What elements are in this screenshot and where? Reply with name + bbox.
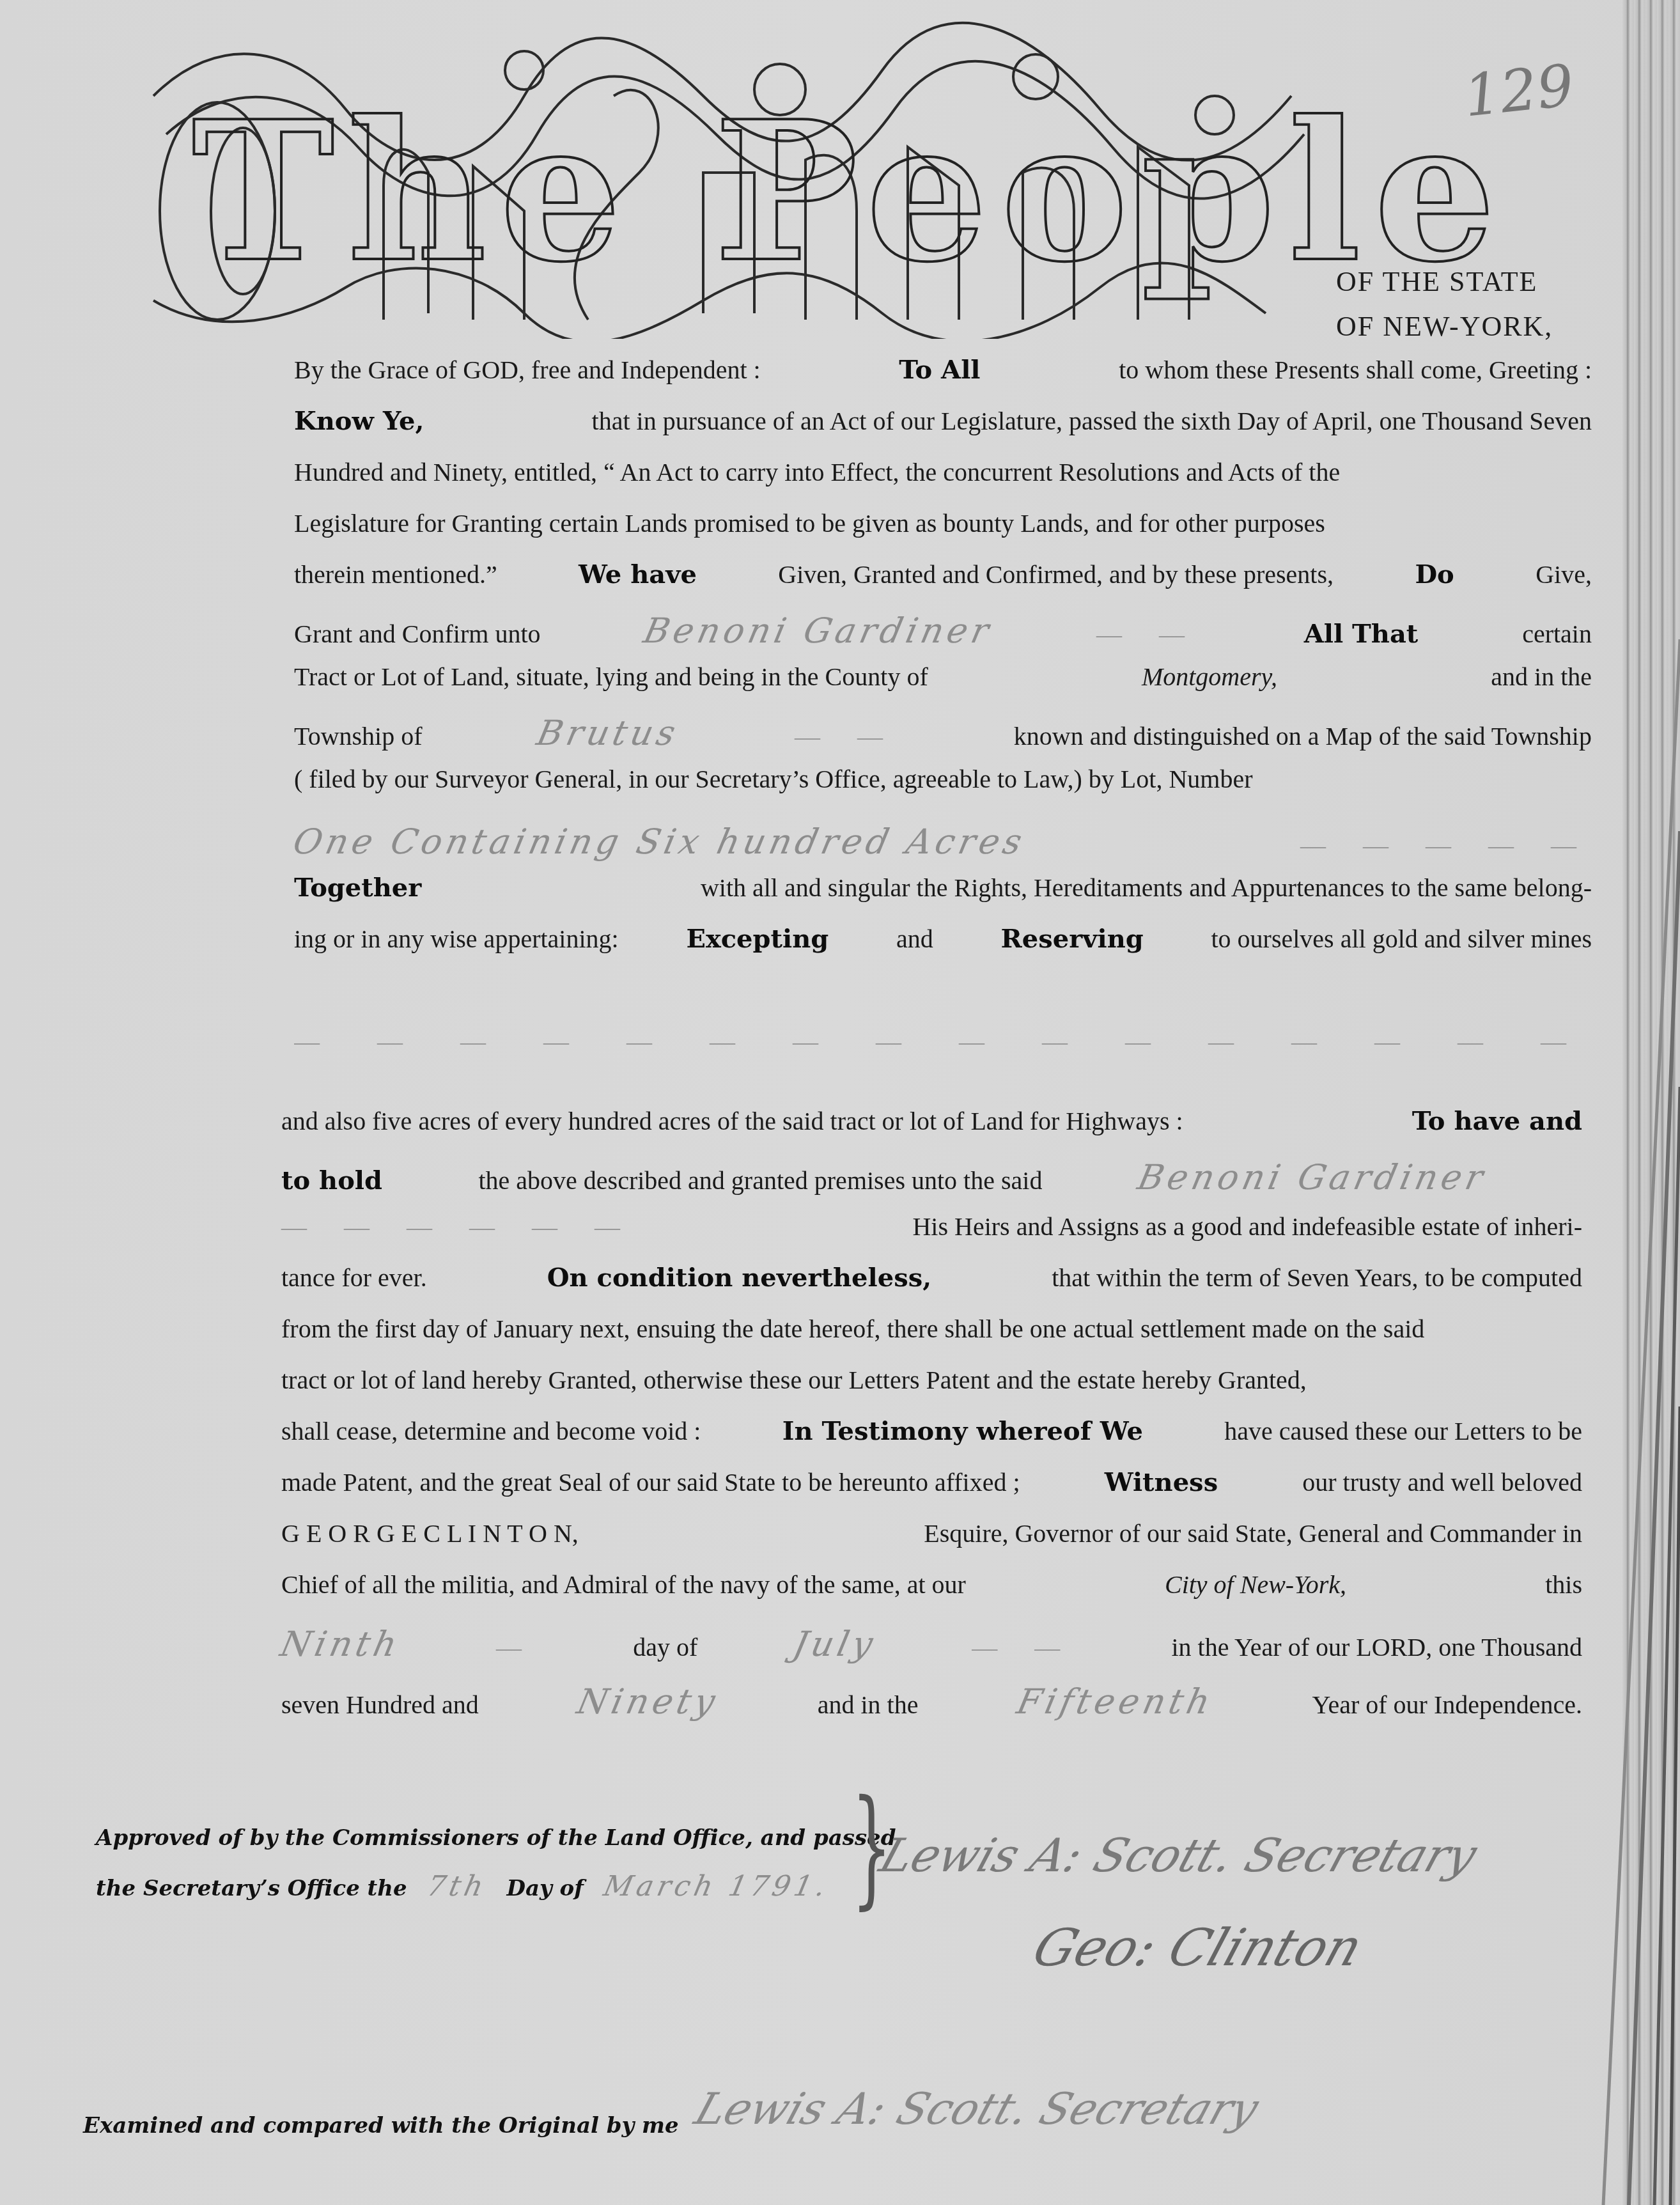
blackletter-phrase: Together bbox=[294, 873, 421, 903]
handwritten-entry: Fifteenth bbox=[1013, 1681, 1217, 1722]
printed-text: seven Hundred and bbox=[281, 1690, 479, 1720]
examiner-signature: Lewis A: Scott. Secretary bbox=[688, 2084, 1264, 2135]
text-line: Grant and Confirm untoBenoni Gardiner— —… bbox=[294, 611, 1592, 651]
blank-line-dashes: — — — — — — — — — — — — — — — — — — — — bbox=[294, 1026, 1585, 1056]
blackletter-phrase: In Testimony whereof We bbox=[782, 1416, 1143, 1446]
handwritten-entry: Benoni Gardiner bbox=[1134, 1157, 1490, 1197]
text-line: Township ofBrutus— —known and distinguis… bbox=[294, 713, 1592, 753]
handwritten-entry: Ninth bbox=[277, 1624, 404, 1664]
printed-text: Give, bbox=[1536, 559, 1592, 589]
handwritten-entry: Ninety bbox=[573, 1681, 722, 1722]
text-line: tract or lot of land hereby Granted, oth… bbox=[281, 1365, 1582, 1395]
text-line: One Containing Six hundred Acres— — — — … bbox=[294, 822, 1592, 862]
document-page: The People 129 OF THE STATE OF NEW-YORK,… bbox=[0, 0, 1680, 2205]
state-line-2: OF NEW-YORK, bbox=[1336, 310, 1553, 343]
text-line: Hundred and Ninety, entitled, “ An Act t… bbox=[294, 457, 1592, 487]
fill-dashes: — — — — — — bbox=[281, 1212, 635, 1242]
fill-dashes: — — bbox=[795, 721, 898, 751]
text-line: Tract or Lot of Land, situate, lying and… bbox=[294, 662, 1592, 692]
printed-text: from the first day of January next, ensu… bbox=[281, 1314, 1424, 1344]
ornamental-title: The People bbox=[192, 96, 1509, 288]
blackletter-phrase: To All bbox=[899, 355, 980, 385]
printed-text: our trusty and well beloved bbox=[1302, 1467, 1582, 1497]
printed-text: and in the bbox=[818, 1690, 919, 1720]
blackletter-phrase: Excepting bbox=[686, 924, 828, 954]
fill-dashes: — — — — — bbox=[1300, 830, 1592, 860]
printed-text: and bbox=[896, 924, 933, 954]
text-line: ( filed by our Surveyor General, in our … bbox=[294, 764, 1592, 794]
handwritten-entry: Brutus bbox=[534, 713, 683, 753]
printed-text: have caused these our Letters to be bbox=[1224, 1416, 1582, 1446]
blackletter-phrase: We have bbox=[579, 559, 697, 589]
printed-text: day of bbox=[633, 1632, 697, 1662]
text-line: Know Ye,that in pursuance of an Act of o… bbox=[294, 406, 1592, 436]
printed-text: Township of bbox=[294, 721, 423, 751]
printed-text: this bbox=[1545, 1570, 1582, 1600]
secretary-signature: Lewis A: Scott. Secretary bbox=[873, 1828, 1483, 1882]
fill-dashes: — — bbox=[972, 1632, 1075, 1662]
blackletter-phrase: to hold bbox=[281, 1165, 382, 1196]
handwritten-entry: July bbox=[789, 1624, 880, 1664]
blackletter-phrase: To have and bbox=[1412, 1106, 1582, 1136]
printed-text: Grant and Confirm unto bbox=[294, 619, 541, 649]
blackletter-phrase: On condition nevertheless, bbox=[547, 1263, 931, 1293]
printed-text: ing or in any wise appertaining: bbox=[294, 924, 619, 954]
printed-text: By the Grace of GOD, free and Independen… bbox=[294, 355, 761, 385]
printed-text: therein mentioned.” bbox=[294, 559, 497, 589]
printed-text: certain bbox=[1522, 619, 1592, 649]
governor-signature: Geo: Clinton bbox=[1026, 1918, 1370, 1977]
printed-text: to ourselves all gold and silver mines bbox=[1211, 924, 1592, 954]
printed-text: shall cease, determine and become void : bbox=[281, 1416, 701, 1446]
printed-text: Tract or Lot of Land, situate, lying and… bbox=[294, 662, 928, 692]
printed-text: to whom these Presents shall come, Greet… bbox=[1119, 355, 1592, 385]
text-line: therein mentioned.”We haveGiven, Granted… bbox=[294, 559, 1592, 589]
text-line: G E O R G E C L I N T O N,Esquire, Gover… bbox=[281, 1518, 1582, 1548]
text-line: and also five acres of every hundred acr… bbox=[281, 1106, 1582, 1136]
printed-text: tance for ever. bbox=[281, 1263, 427, 1293]
printed-text: that in pursuance of an Act of our Legis… bbox=[592, 406, 1592, 436]
text-line: from the first day of January next, ensu… bbox=[281, 1314, 1582, 1344]
printed-text: known and distinguished on a Map of the … bbox=[1014, 721, 1592, 751]
printed-text: tract or lot of land hereby Granted, oth… bbox=[281, 1365, 1307, 1395]
approval-prefix: the Secretary’s Office the bbox=[96, 1876, 407, 1901]
printed-text: ( filed by our Surveyor General, in our … bbox=[294, 764, 1252, 794]
italic-phrase: City of New-York, bbox=[1165, 1570, 1346, 1600]
approval-line-2: the Secretary’s Office the 7th Day of Ma… bbox=[96, 1870, 828, 1903]
printed-text: made Patent, and the great Seal of our s… bbox=[281, 1467, 1020, 1497]
blackletter-phrase: Witness bbox=[1105, 1467, 1218, 1497]
printed-text: Year of our Independence. bbox=[1312, 1690, 1582, 1720]
page-number: 129 bbox=[1461, 52, 1577, 130]
blackletter-phrase: Reserving bbox=[1001, 924, 1144, 954]
fill-dashes: — bbox=[496, 1632, 537, 1662]
printed-text: Given, Granted and Confirmed, and by the… bbox=[778, 559, 1334, 589]
text-line: Legislature for Granting certain Lands p… bbox=[294, 508, 1592, 538]
text-line: ing or in any wise appertaining:Exceptin… bbox=[294, 924, 1592, 954]
approval-day: 7th bbox=[424, 1870, 490, 1903]
printed-text: His Heirs and Assigns as a good and inde… bbox=[912, 1212, 1582, 1242]
text-line: made Patent, and the great Seal of our s… bbox=[281, 1467, 1582, 1497]
state-line-1: OF THE STATE bbox=[1336, 265, 1537, 298]
printed-text: in the Year of our LORD, one Thousand bbox=[1171, 1632, 1582, 1662]
text-line: seven Hundred andNinetyand in theFifteen… bbox=[281, 1681, 1582, 1722]
text-line: shall cease, determine and become void :… bbox=[281, 1416, 1582, 1446]
approval-mid: Day of bbox=[506, 1876, 583, 1901]
printed-text: Legislature for Granting certain Lands p… bbox=[294, 508, 1325, 538]
text-line: By the Grace of GOD, free and Independen… bbox=[294, 355, 1592, 385]
blackletter-phrase: All That bbox=[1304, 619, 1419, 649]
text-line: — — — — — —His Heirs and Assigns as a go… bbox=[281, 1212, 1582, 1242]
printed-text: Hundred and Ninety, entitled, “ An Act t… bbox=[294, 457, 1340, 487]
printed-text: the above described and granted premises… bbox=[478, 1165, 1042, 1196]
approval-month-year: March 1791. bbox=[600, 1870, 832, 1903]
printed-text: Esquire, Governor of our said State, Gen… bbox=[924, 1518, 1582, 1548]
italic-phrase: Montgomery, bbox=[1142, 662, 1277, 692]
printed-text: with all and singular the Rights, Heredi… bbox=[701, 873, 1592, 903]
text-line: tance for ever.On condition nevertheless… bbox=[281, 1263, 1582, 1293]
printed-text: G E O R G E C L I N T O N, bbox=[281, 1518, 579, 1548]
text-line: Togetherwith all and singular the Rights… bbox=[294, 873, 1592, 903]
examined-line: Examined and compared with the Original … bbox=[83, 2113, 679, 2139]
text-line: Chief of all the militia, and Admiral of… bbox=[281, 1570, 1582, 1600]
text-line: Ninth—day ofJuly— —in the Year of our LO… bbox=[281, 1624, 1582, 1664]
handwritten-entry: Benoni Gardiner bbox=[641, 611, 997, 651]
text-line: to holdthe above described and granted p… bbox=[281, 1157, 1582, 1197]
printed-text: and in the bbox=[1491, 662, 1592, 692]
printed-text: that within the term of Seven Years, to … bbox=[1052, 1263, 1582, 1293]
handwritten-entry: One Containing Six hundred Acres bbox=[290, 822, 1029, 862]
printed-text: Chief of all the militia, and Admiral of… bbox=[281, 1570, 966, 1600]
fill-dashes: — — bbox=[1096, 619, 1200, 649]
approval-line-1: Approved of by the Commissioners of the … bbox=[96, 1825, 896, 1851]
blackletter-phrase: Know Ye, bbox=[294, 406, 424, 436]
printed-text: and also five acres of every hundred acr… bbox=[281, 1106, 1183, 1136]
blackletter-phrase: Do bbox=[1415, 559, 1454, 589]
